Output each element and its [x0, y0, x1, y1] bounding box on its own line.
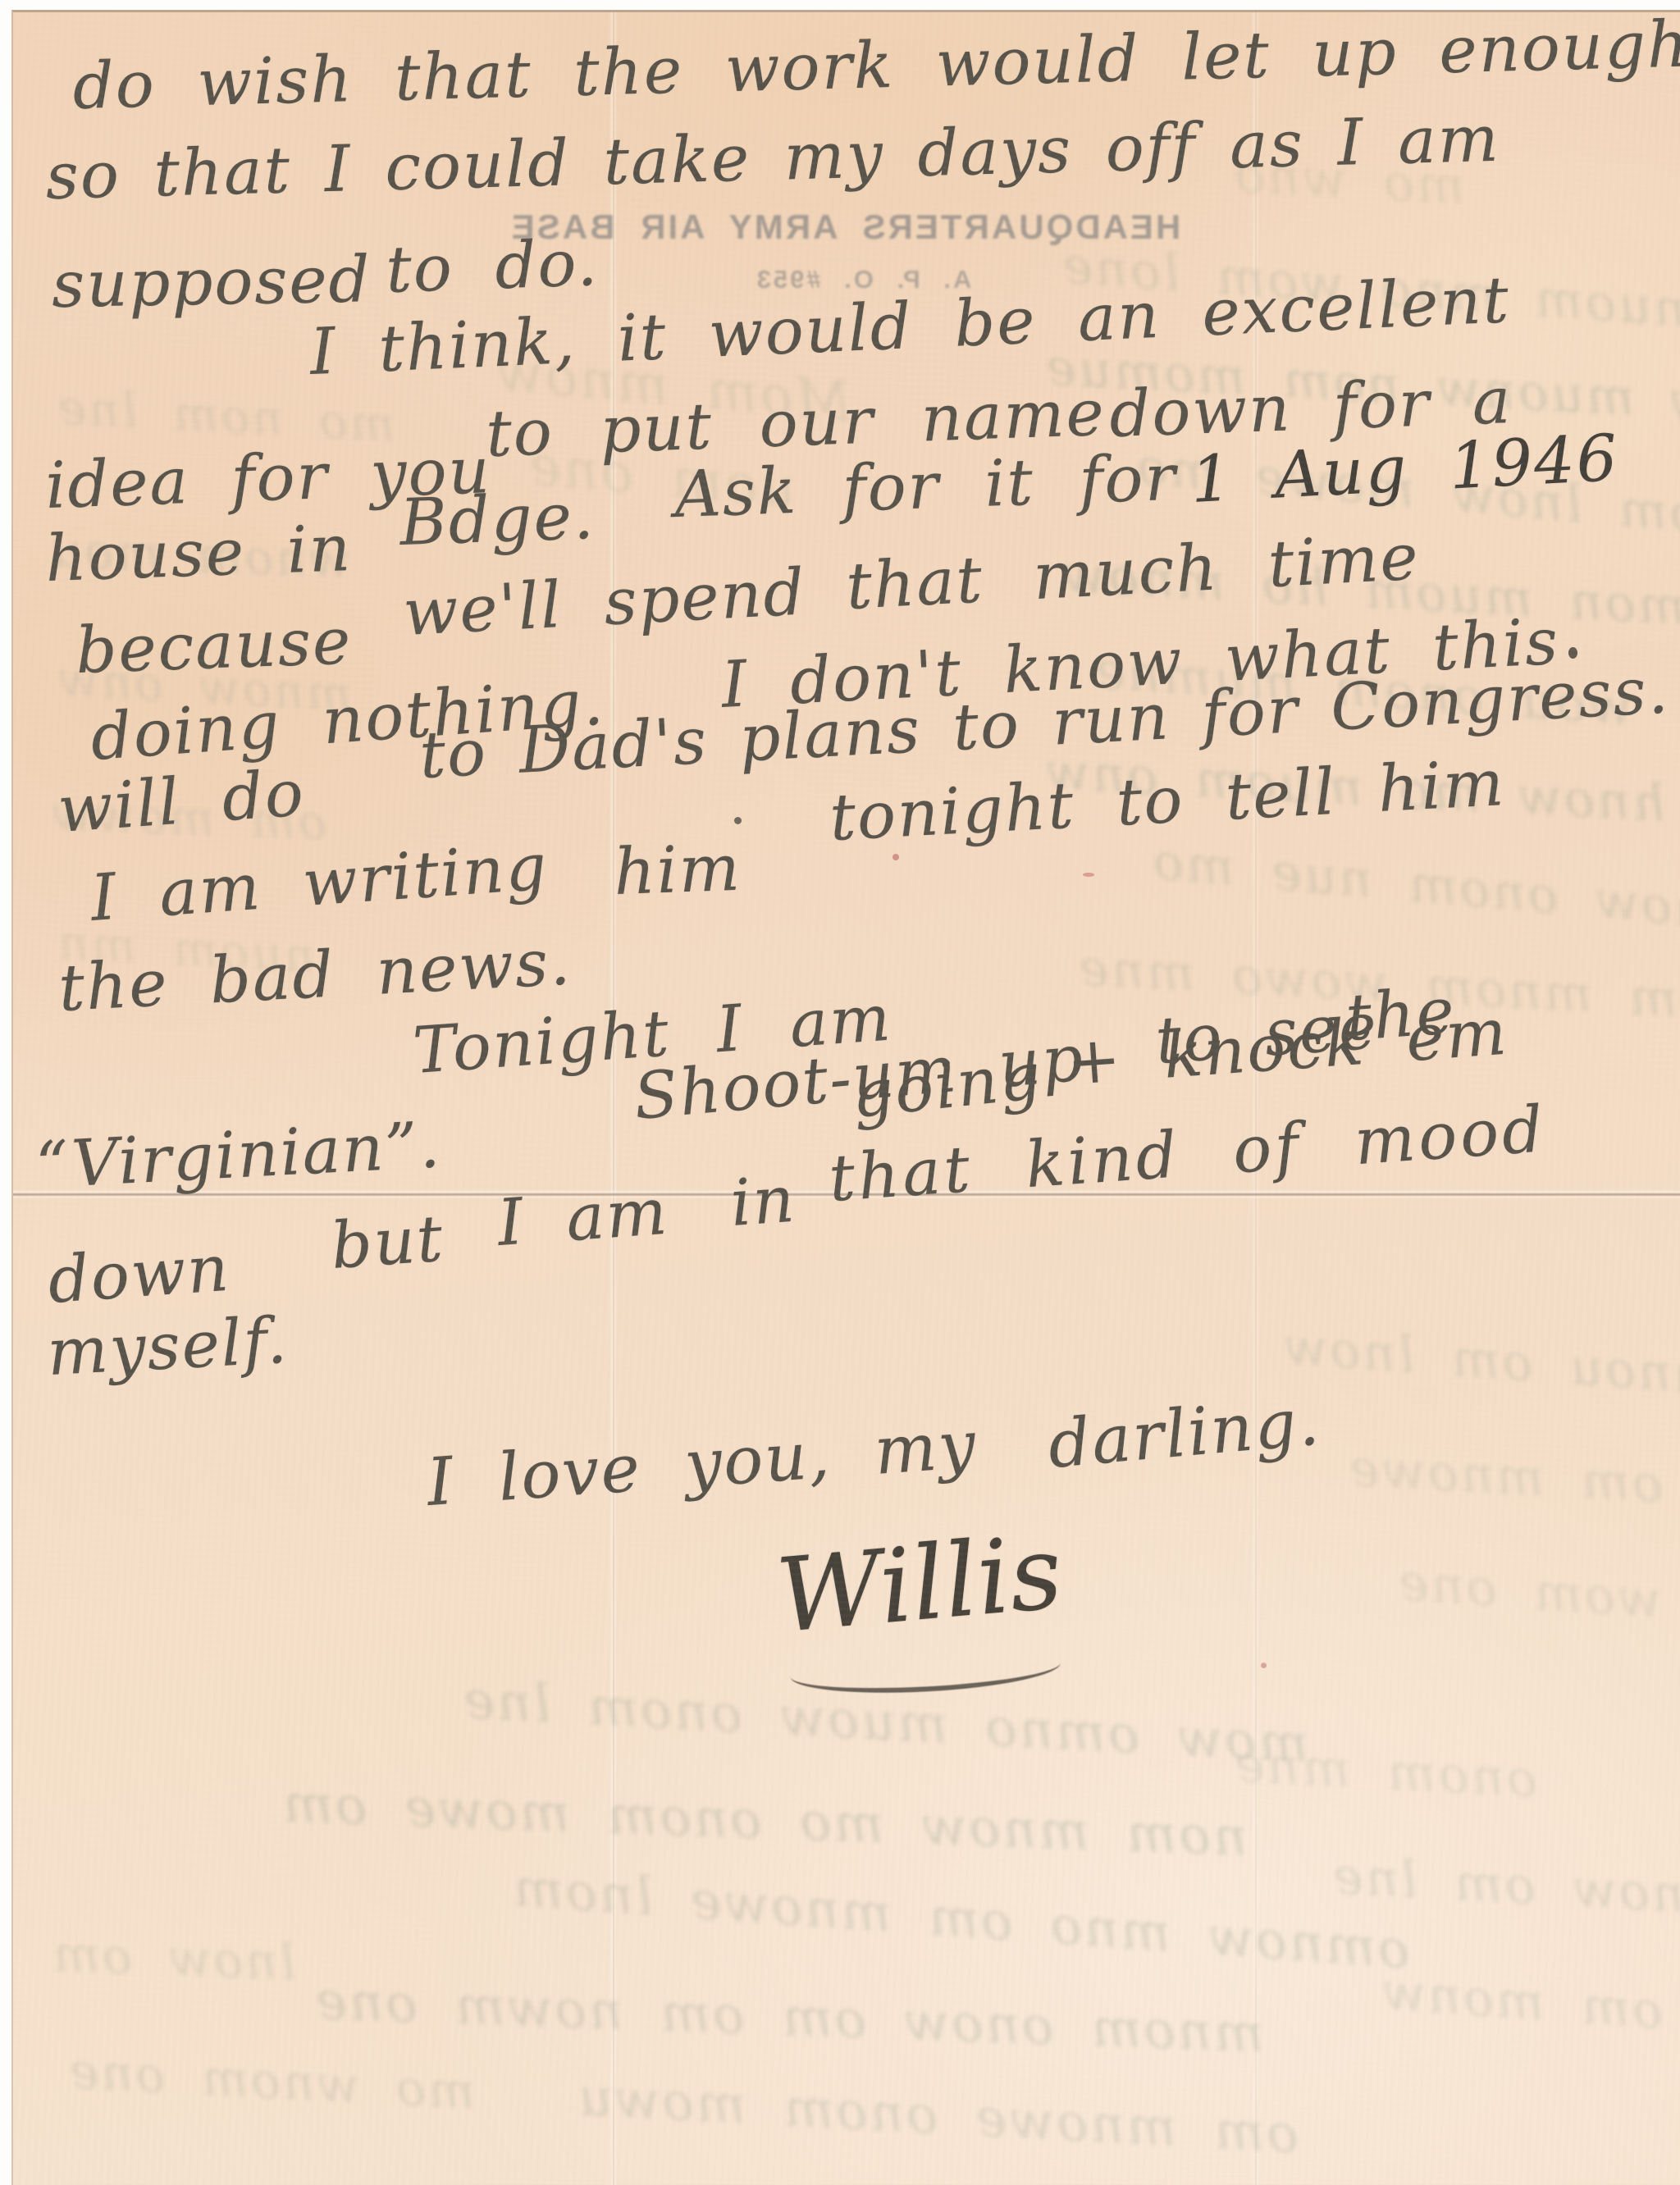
bleed-through-ghost-line: mnow om lne [1329, 1845, 1680, 1927]
page-coordinate-space: HEADQUARTERS ARMY AIR BASE A. P. O. #953… [11, 10, 1680, 2185]
handwriting-segment: myself. [45, 1304, 290, 1390]
bleed-through-ghost-line: om monw [1378, 1961, 1665, 2041]
bleed-through-ghost-line: onom mne [1230, 1733, 1539, 1809]
bleed-through-ghost-line: mnou om lnow [1280, 1316, 1680, 1406]
ink-speck [1083, 873, 1094, 877]
handwriting-segment: we'll spend [401, 555, 807, 650]
scan-background: { "document": { "kind": "Scanned handwri… [0, 0, 1680, 2185]
letterhead-ghost-line1: HEADQUARTERS ARMY AIR BASE [509, 208, 1181, 247]
handwriting-segment: supposed [51, 243, 372, 322]
handwriting-segment: Bdge. [399, 480, 596, 560]
ink-speck [1568, 647, 1577, 659]
bleed-through-ghost-line: mow onom nue mo [1148, 831, 1680, 941]
handwriting-segment: I am writing [89, 830, 550, 936]
handwriting-segment: him [613, 832, 742, 910]
handwriting-segment: house in [44, 512, 354, 596]
bleed-through-ghost-line: omnow mno om mnowe lnom [509, 1858, 1412, 1981]
handwriting-segment: but [329, 1202, 446, 1284]
bleed-through-ghost-line: nom mnow mo onom mowe om [280, 1773, 1249, 1868]
bleed-through-ghost-line: wom one [1395, 1552, 1664, 1630]
handwriting-segment: so that I could take my days off as I am [45, 103, 1501, 214]
bleed-through-ghost-line: om mnowe onom mowu [575, 2067, 1300, 2165]
handwriting-segment: to do. [385, 226, 600, 308]
letter-paper: HEADQUARTERS ARMY AIR BASE A. P. O. #953… [11, 10, 1680, 2185]
signature: Willis [772, 1513, 1066, 1656]
bleed-through-ghost-line: mnom onow om om nowm one [313, 1971, 1265, 2064]
bleed-through-ghost-line: om mnowe [1345, 1438, 1664, 1514]
handwriting-segment: I am [495, 1175, 671, 1261]
ink-speck [892, 854, 899, 860]
handwriting-segment: “Virginian”. [34, 1108, 443, 1203]
handwriting-segment: that much time [844, 521, 1421, 624]
ink-speck [1261, 1663, 1267, 1668]
handwriting-segment: down [46, 1232, 233, 1318]
ink-speck [734, 817, 742, 824]
handwriting-segment: because [75, 604, 354, 688]
handwriting-segment: + knock em [1065, 996, 1510, 1100]
handwriting-segment: darling. [1045, 1383, 1323, 1483]
bleed-through-ghost-line: mo wnom one [66, 2042, 477, 2121]
signature-underline [790, 1662, 1061, 1699]
handwriting-segment: in [728, 1163, 798, 1241]
bleed-through-ghost-line: lnow om [50, 1926, 297, 1991]
handwriting-segment: I love you, my [425, 1406, 979, 1521]
